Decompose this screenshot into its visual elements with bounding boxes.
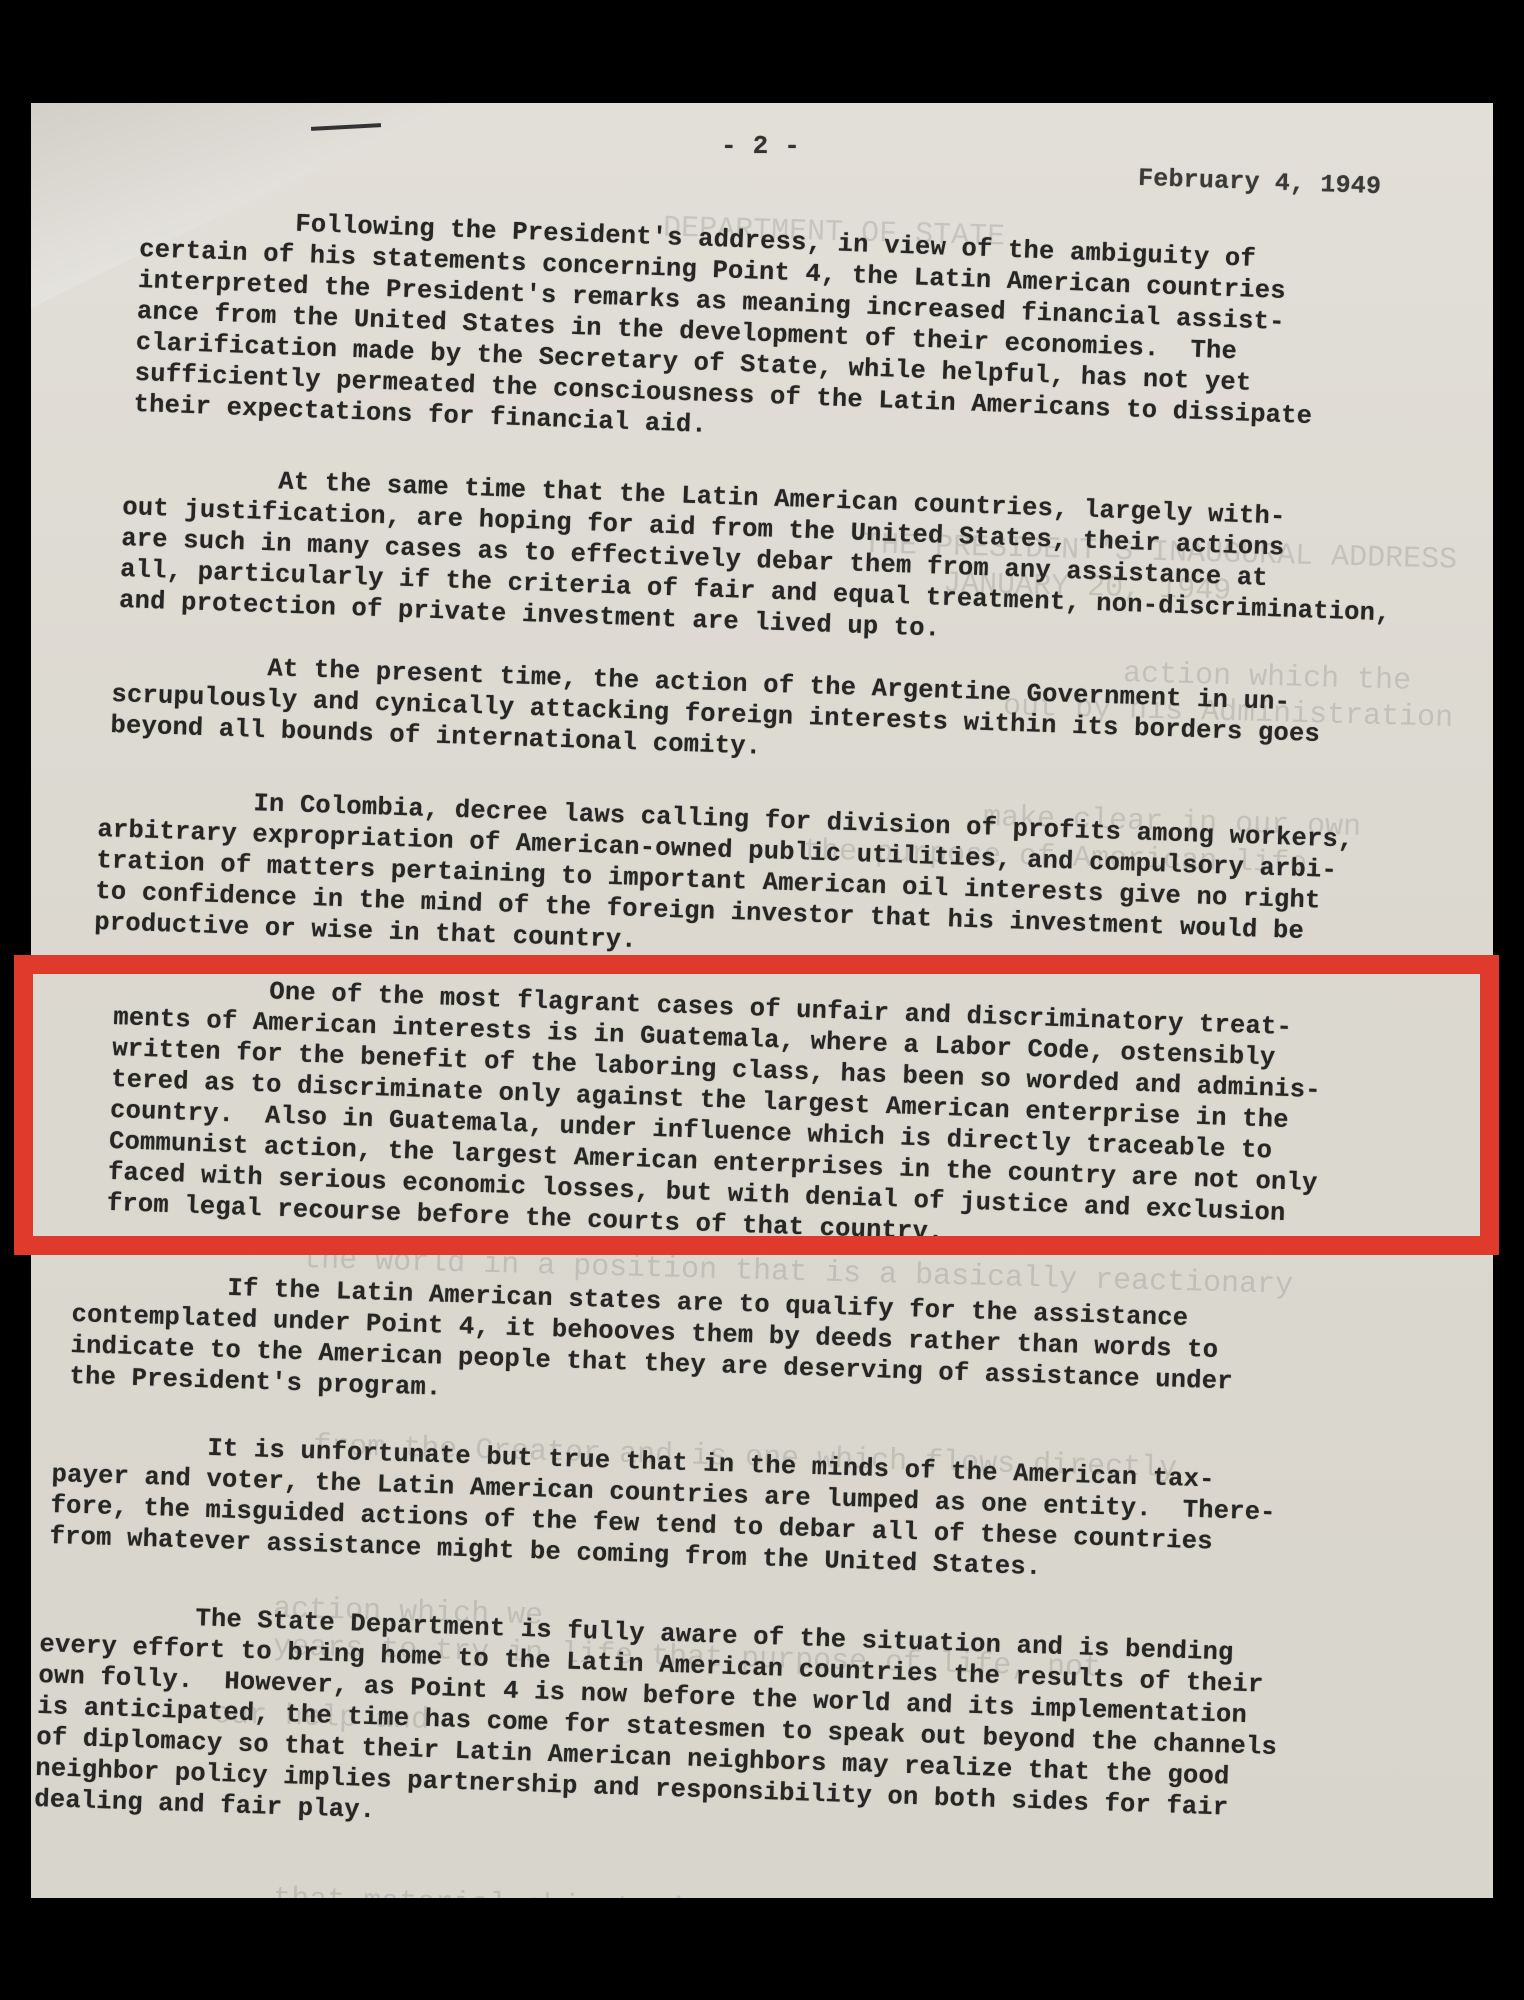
page-number: - 2 - [721,131,800,162]
paragraph-presidents-address: Following the President's address, in vi… [133,203,1318,463]
document-date: February 4, 1949 [1138,163,1382,202]
bleed-through-text: that material objects in and of themselv… [200,1844,1283,1898]
fold-stamp: ecretaire [73,303,99,388]
red-highlight-box [14,955,1499,1255]
paragraph-state-department: The State Department is fully aware of t… [34,1598,1281,1856]
paragraph-same-time: At the same time that the Latin American… [119,461,1395,660]
